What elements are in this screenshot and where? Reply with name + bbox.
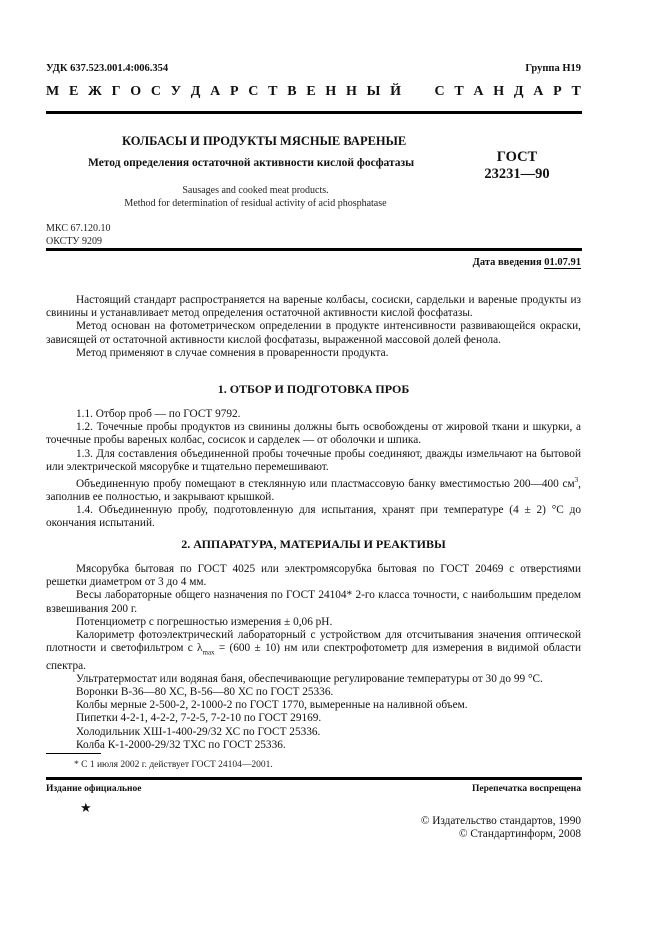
banner-letter: С <box>151 84 161 100</box>
clause-1-3: 1.3. Для составления объединенной пробы … <box>46 448 581 474</box>
english-title: Sausages and cooked meat products. Metho… <box>88 184 423 210</box>
banner-letter <box>411 84 425 100</box>
equipment-item: Воронки В-36—80 ХС, В-56—80 ХС по ГОСТ 2… <box>46 686 581 699</box>
equipment-item: Колба К-1-2000-29/32 ТХС по ГОСТ 25336. <box>46 739 581 752</box>
document-subtitle: Метод определения остаточной активности … <box>88 157 414 169</box>
copyright: © Издательство стандартов, 1990 © Станда… <box>421 815 581 841</box>
banner-letter: Н <box>325 84 336 100</box>
equipment-item: Весы лабораторные общего назначения по Г… <box>46 589 581 615</box>
banner-letter: О <box>130 84 141 100</box>
udk-code: УДК 637.523.001.4:006.354 <box>46 63 168 74</box>
official-edition-label: Издание официальное <box>46 784 142 794</box>
classification-rule <box>46 248 582 251</box>
interstate-standard-banner: МЕЖГОСУДАРСТВЕННЫЙ СТАНДАРТ <box>46 84 581 100</box>
equipment-item: Холодильник ХШ-1-400-29/32 ХС по ГОСТ 25… <box>46 726 581 739</box>
footer-rule <box>46 777 582 780</box>
section-1-body: 1.1. Отбор проб — по ГОСТ 9792. 1.2. Точ… <box>46 408 581 531</box>
introduction: Настоящий стандарт распространяется на в… <box>46 294 581 360</box>
english-title-line1: Sausages and cooked meat products. <box>88 184 423 197</box>
footnote-rule <box>46 753 101 754</box>
header-rule <box>46 111 582 114</box>
group-code: Группа Н19 <box>525 63 581 74</box>
footnote: * С 1 июля 2002 г. действует ГОСТ 24104—… <box>74 760 273 770</box>
banner-letter: Т <box>268 84 277 100</box>
intro-paragraph: Метод применяют в случае сомнения в пров… <box>46 347 581 360</box>
banner-letter: Н <box>493 84 504 100</box>
reprint-prohibited-label: Перепечатка воспрещена <box>472 784 581 794</box>
intro-date-label: Дата введения <box>473 257 542 268</box>
equipment-item: Пипетки 4-2-1, 4-2-2, 7-2-5, 7-2-10 по Г… <box>46 712 581 725</box>
banner-letter: Р <box>553 84 562 100</box>
clause-1-2: 1.2. Точечные пробы продуктов из свинины… <box>46 421 581 447</box>
banner-letter: Ы <box>367 84 381 100</box>
banner-letter: М <box>46 84 59 100</box>
clause-1-1: 1.1. Отбор проб — по ГОСТ 9792. <box>46 408 581 421</box>
equipment-item: Калориметр фотоэлектрический лабораторны… <box>46 629 581 673</box>
equipment-item: Колбы мерные 2-500-2, 2-1000-2 по ГОСТ 1… <box>46 699 581 712</box>
gost-number: 23231—90 <box>477 166 557 183</box>
document-title: КОЛБАСЫ И ПРОДУКТЫ МЯСНЫЕ ВАРЕНЫЕ <box>122 134 406 149</box>
classification-codes: МКС 67.120.10 ОКСТУ 9209 <box>46 222 110 248</box>
banner-letter: С <box>248 84 258 100</box>
banner-letter: В <box>287 84 296 100</box>
section-2-body: Мясорубка бытовая по ГОСТ 4025 или элект… <box>46 563 581 752</box>
clause-1-4: 1.4. Объединенную пробу, подготовленную … <box>46 504 581 530</box>
copyright-line: © Издательство стандартов, 1990 <box>421 815 581 828</box>
intro-paragraph: Метод основан на фотометрическом определ… <box>46 320 581 346</box>
equipment-item: Ультратермостат или водяная баня, обеспе… <box>46 673 581 686</box>
banner-letter: Д <box>191 84 201 100</box>
banner-letter: Т <box>454 84 463 100</box>
banner-letter: Н <box>346 84 357 100</box>
intro-date: Дата введения 01.07.91 <box>473 257 581 268</box>
mks-code: МКС 67.120.10 <box>46 222 110 235</box>
gost-designation: ГОСТ 23231—90 <box>477 149 557 183</box>
banner-letter: А <box>533 84 543 100</box>
copyright-line: © Стандартинформ, 2008 <box>421 828 581 841</box>
banner-letter: Е <box>306 84 315 100</box>
english-title-line2: Method for determination of residual act… <box>88 197 423 210</box>
intro-paragraph: Настоящий стандарт распространяется на в… <box>46 294 581 320</box>
intro-date-value: 01.07.91 <box>544 257 581 269</box>
banner-letter: Й <box>390 84 401 100</box>
equipment-item: Потенциометр с погрешностью измерения ± … <box>46 616 581 629</box>
banner-letter: Е <box>69 84 78 100</box>
gost-label: ГОСТ <box>477 149 557 166</box>
banner-letter: А <box>210 84 220 100</box>
banner-letter: Т <box>571 84 580 100</box>
banner-letter: Г <box>112 84 121 100</box>
equipment-item: Мясорубка бытовая по ГОСТ 4025 или элект… <box>46 563 581 589</box>
banner-letter: У <box>171 84 181 100</box>
section-1-heading: 1. ОТБОР И ПОДГОТОВКА ПРОБ <box>46 382 581 397</box>
banner-letter: Ж <box>88 84 102 100</box>
banner-letter: Р <box>230 84 239 100</box>
banner-letter: А <box>473 84 483 100</box>
okstu-code: ОКСТУ 9209 <box>46 235 110 248</box>
star-icon: ★ <box>80 800 92 816</box>
section-2-heading: 2. АППАРАТУРА, МАТЕРИАЛЫ И РЕАКТИВЫ <box>46 537 581 552</box>
clause-1-3-cont: Объединенную пробу помещают в стеклянную… <box>46 474 581 504</box>
banner-letter: С <box>434 84 444 100</box>
banner-letter: Д <box>514 84 524 100</box>
